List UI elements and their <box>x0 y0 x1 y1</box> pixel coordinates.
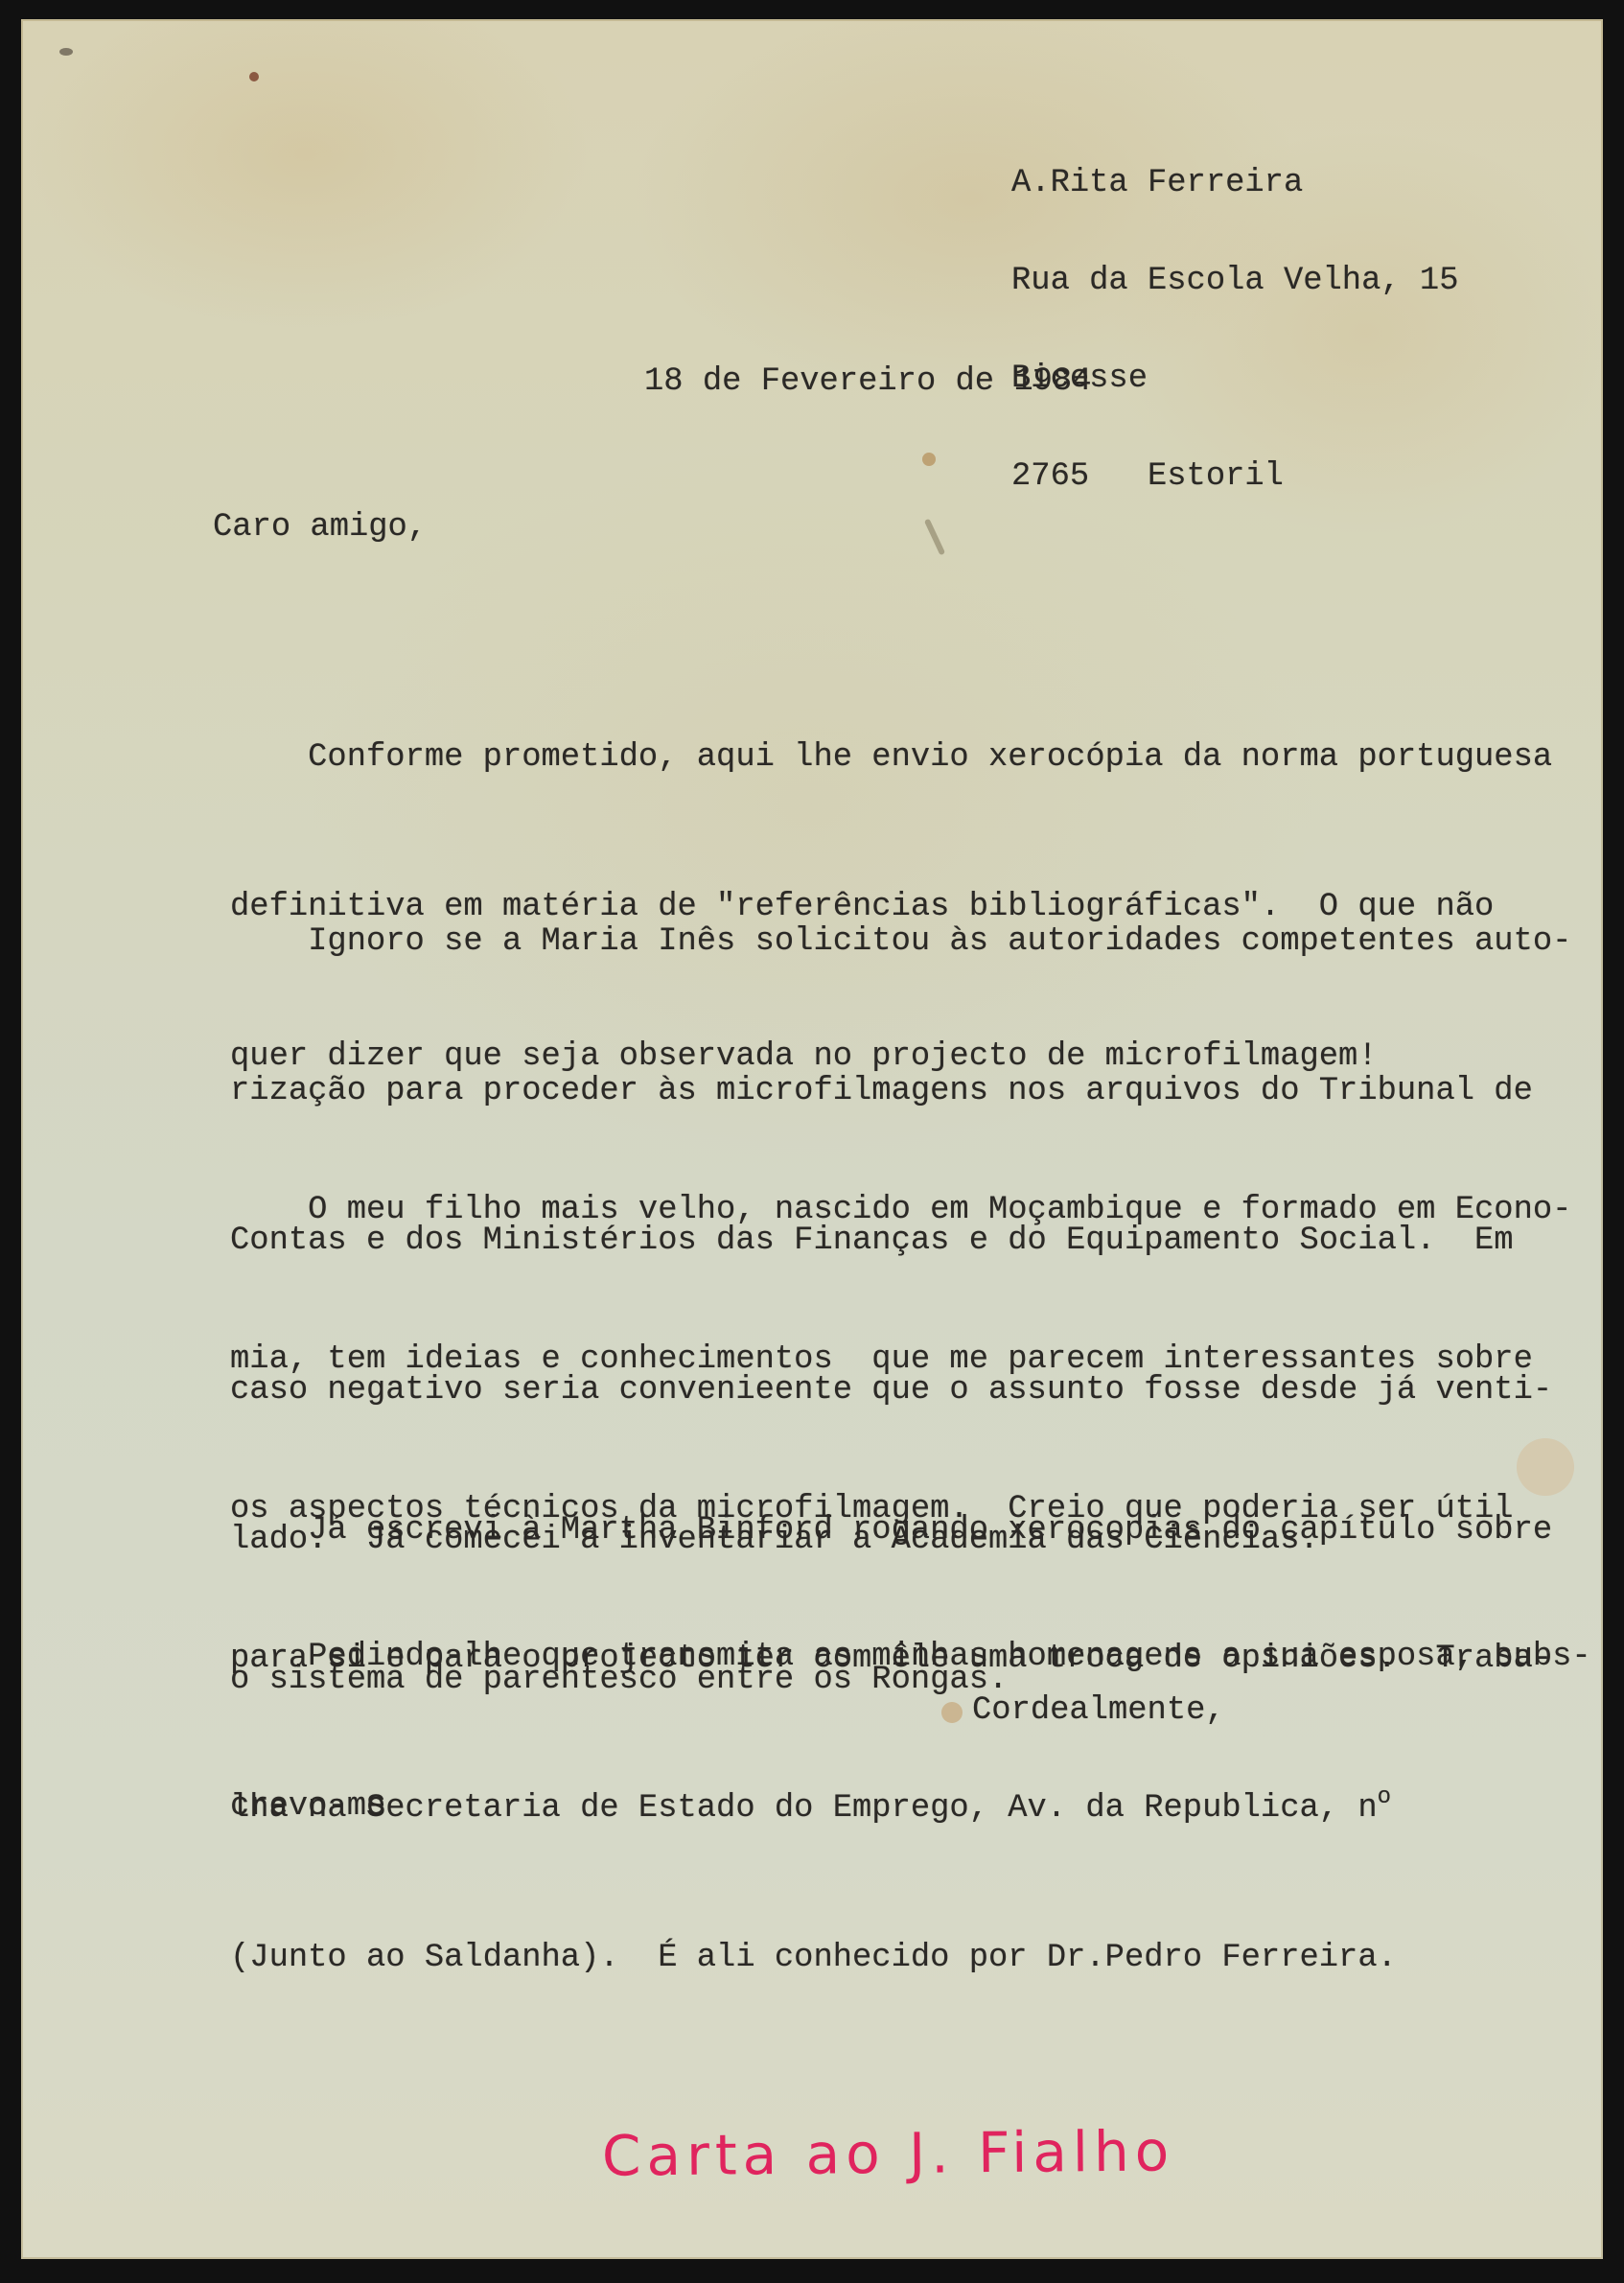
paragraph-line: Conforme prometido, aqui lhe envio xeroc… <box>230 733 1552 782</box>
letter-date: 18 de Fevereiro de 1984 <box>644 357 1091 407</box>
paragraph-line: crevo-me <box>230 1782 1591 1831</box>
letter-page: A.Rita Ferreira Rua da Escola Velha, 15 … <box>21 19 1603 2259</box>
paragraph-line: Ignoro se a Maria Inês solicitou às auto… <box>230 917 1571 967</box>
sender-street: Rua da Escola Velha, 15 <box>1011 265 1458 297</box>
salutation: Caro amigo, <box>213 502 427 552</box>
paragraph-line: mia, tem ideias e conhecimentos que me p… <box>230 1335 1571 1385</box>
paper-stain <box>249 72 259 82</box>
paper-stain <box>59 48 73 56</box>
paragraph-line: Pedindo-lhe que transmita as minhas home… <box>230 1632 1591 1682</box>
paragraph-line: O meu filho mais velho, nascido em Moçam… <box>230 1185 1571 1235</box>
paper-stain <box>924 519 945 556</box>
sender-address: A.Rita Ferreira Rua da Escola Velha, 15 … <box>1011 102 1458 558</box>
paragraph-5: Pedindo-lhe que transmita as minhas home… <box>230 1532 1591 1931</box>
paper-stain <box>922 453 936 466</box>
sender-postal-city: 2765 Estoril <box>1011 460 1458 493</box>
sender-name: A.Rita Ferreira <box>1011 167 1458 199</box>
paragraph-line: (Junto ao Saldanha). É ali conhecido por… <box>230 1933 1571 1983</box>
closing: Cordealmente, <box>972 1686 1225 1736</box>
handwritten-annotation: Carta ao J. Fialho <box>602 2118 1175 2188</box>
